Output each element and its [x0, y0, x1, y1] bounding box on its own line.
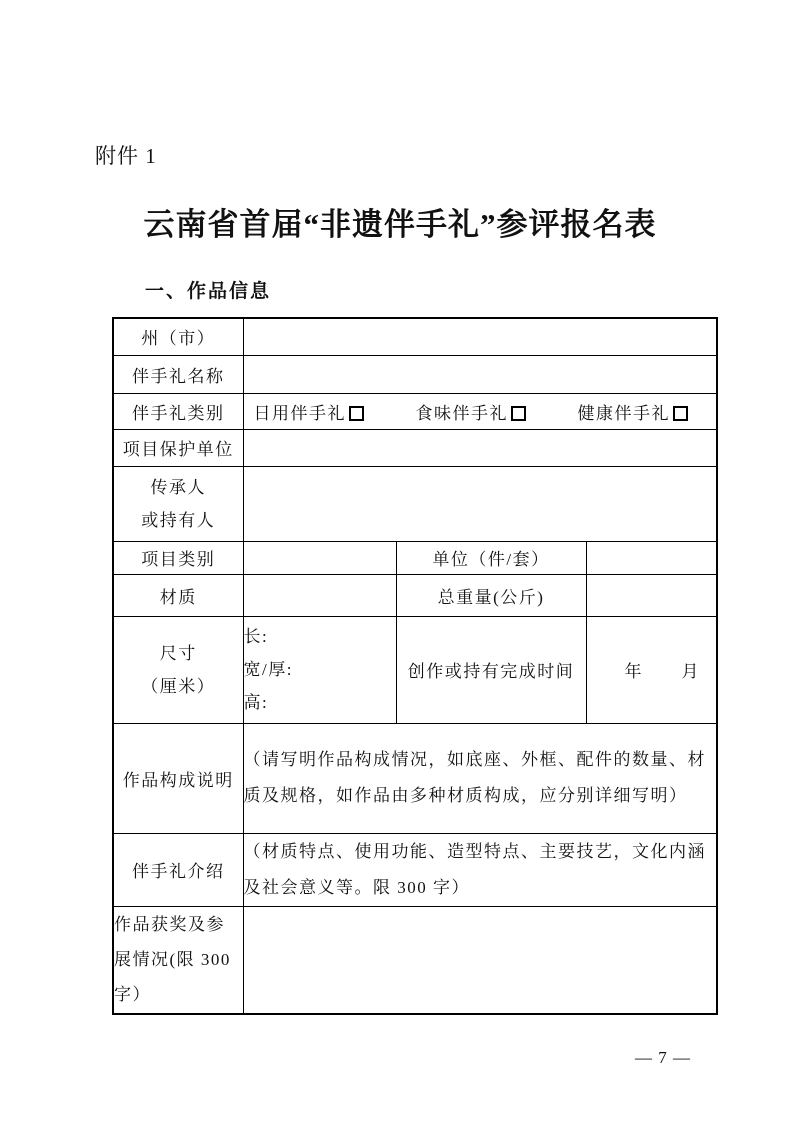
inheritor-label: 传承人 或持有人 — [113, 466, 243, 541]
unit-input-cell[interactable] — [586, 541, 717, 574]
protection-unit-label: 项目保护单位 — [113, 429, 243, 466]
dimensions-input-cell[interactable]: 长: 宽/厚: 高: — [243, 616, 396, 723]
gift-name-input-cell[interactable] — [243, 355, 717, 393]
checkbox-icon[interactable] — [349, 406, 364, 421]
width-thickness-field-label[interactable]: 宽/厚: — [244, 653, 396, 686]
awards-label: 作品获奖及参展情况(限 300 字） — [113, 906, 243, 1014]
month-label: 月 — [682, 657, 701, 682]
checkbox-icon[interactable] — [511, 406, 526, 421]
table-row: 材质 总重量(公斤) — [113, 574, 717, 616]
page-number: — 7 — — [618, 1048, 708, 1068]
gift-name-label: 伴手礼名称 — [113, 355, 243, 393]
composition-label: 作品构成说明 — [113, 723, 243, 833]
inheritor-label-line2: 或持有人 — [114, 504, 243, 537]
year-label: 年 — [625, 657, 644, 682]
state-city-input-cell[interactable] — [243, 318, 717, 355]
composition-input-cell[interactable]: （请写明作品构成情况，如底座、外框、配件的数量、材质及规格，如作品由多种材质构成… — [243, 723, 717, 833]
completion-time-label: 创作或持有完成时间 — [396, 616, 586, 723]
height-field-label[interactable]: 高: — [244, 686, 396, 719]
table-row: 作品获奖及参展情况(限 300 字） — [113, 906, 717, 1014]
gift-category-label: 伴手礼类别 — [113, 393, 243, 429]
gift-category-options-cell: 日用伴手礼 食味伴手礼 健康伴手礼 — [243, 393, 717, 429]
inheritor-label-line1: 传承人 — [114, 471, 243, 504]
awards-input-cell[interactable] — [243, 906, 717, 1014]
table-row: 作品构成说明 （请写明作品构成情况，如底座、外框、配件的数量、材质及规格，如作品… — [113, 723, 717, 833]
page-title: 云南省首届“非遗伴手礼”参评报名表 — [0, 199, 800, 244]
material-input-cell[interactable] — [243, 574, 396, 616]
dimensions-label-line1: 尺寸 — [114, 637, 243, 670]
section-heading: 一、作品信息 — [145, 276, 271, 303]
table-row: 伴手礼名称 — [113, 355, 717, 393]
option-health-gift: 健康伴手礼 — [578, 399, 689, 424]
option-food-gift-label: 食味伴手礼 — [416, 404, 509, 423]
project-category-label: 项目类别 — [113, 541, 243, 574]
dimensions-label: 尺寸 （厘米） — [113, 616, 243, 723]
application-form-table: 州（市） 伴手礼名称 伴手礼类别 日用伴手礼 食味伴手礼 健康伴手礼 — [112, 317, 718, 1015]
checkbox-icon[interactable] — [673, 406, 688, 421]
project-category-input-cell[interactable] — [243, 541, 396, 574]
dimensions-label-line2: （厘米） — [114, 670, 243, 703]
unit-label: 单位（件/套） — [396, 541, 586, 574]
completion-time-input-cell[interactable]: 年 月 — [586, 616, 717, 723]
option-food-gift: 食味伴手礼 — [416, 399, 527, 424]
table-row: 尺寸 （厘米） 长: 宽/厚: 高: 创作或持有完成时间 年 月 — [113, 616, 717, 723]
state-city-label: 州（市） — [113, 318, 243, 355]
total-weight-label: 总重量(公斤) — [396, 574, 586, 616]
document-page: 附件 1 云南省首届“非遗伴手礼”参评报名表 一、作品信息 州（市） 伴手礼名称… — [0, 0, 800, 1131]
table-row: 传承人 或持有人 — [113, 466, 717, 541]
introduction-input-cell[interactable]: （材质特点、使用功能、造型特点、主要技艺，文化内涵及社会意义等。限 300 字） — [243, 833, 717, 906]
table-row: 项目保护单位 — [113, 429, 717, 466]
length-field-label[interactable]: 长: — [244, 620, 396, 653]
table-row: 伴手礼类别 日用伴手礼 食味伴手礼 健康伴手礼 — [113, 393, 717, 429]
option-health-gift-label: 健康伴手礼 — [578, 404, 671, 423]
inheritor-input-cell[interactable] — [243, 466, 717, 541]
table-row: 伴手礼介绍 （材质特点、使用功能、造型特点、主要技艺，文化内涵及社会意义等。限 … — [113, 833, 717, 906]
attachment-label: 附件 1 — [95, 140, 157, 170]
option-daily-gift-label: 日用伴手礼 — [254, 404, 347, 423]
option-daily-gift: 日用伴手礼 — [254, 399, 365, 424]
introduction-label: 伴手礼介绍 — [113, 833, 243, 906]
table-row: 州（市） — [113, 318, 717, 355]
total-weight-input-cell[interactable] — [586, 574, 717, 616]
table-row: 项目类别 单位（件/套） — [113, 541, 717, 574]
material-label: 材质 — [113, 574, 243, 616]
protection-unit-input-cell[interactable] — [243, 429, 717, 466]
